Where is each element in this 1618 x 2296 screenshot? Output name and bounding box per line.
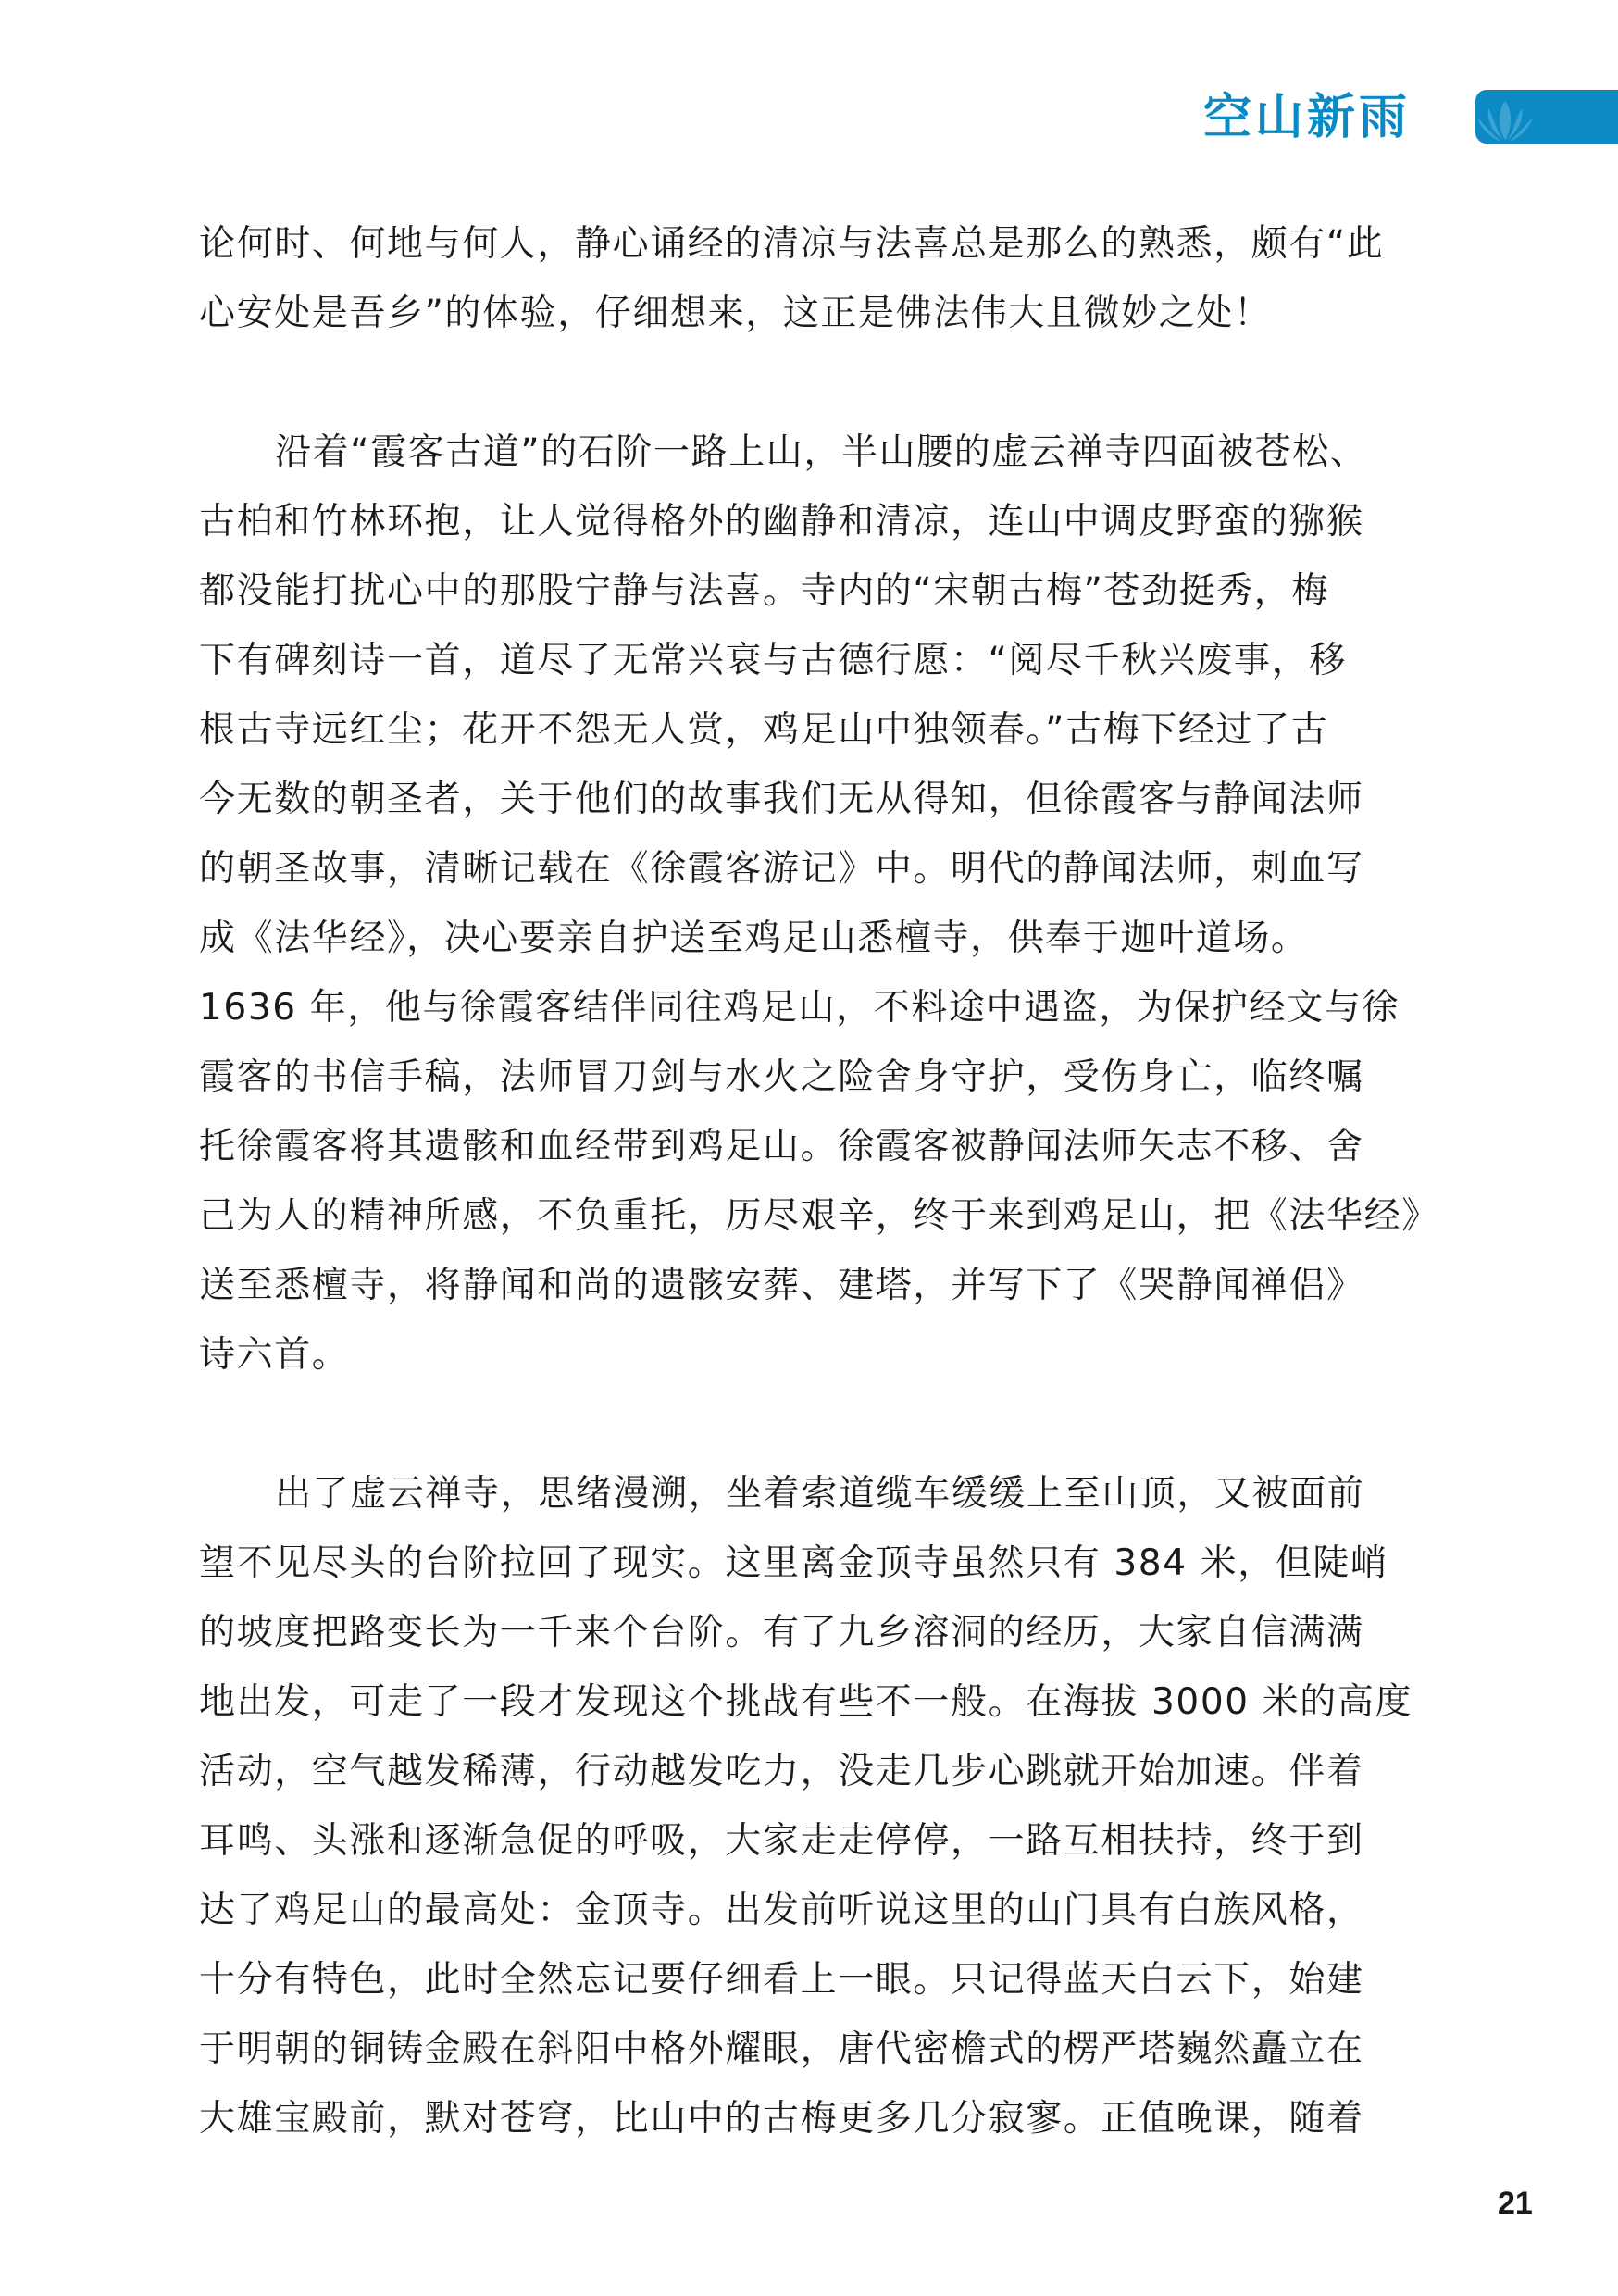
header-tab xyxy=(1475,90,1618,143)
paragraph-line: 于明朝的铜铸金殿在斜阳中格外耀眼，唐代密檐式的楞严塔巍然矗立在 xyxy=(199,2028,1364,2071)
paragraph-line: 地出发，可走了一段才发现这个挑战有些不一般。在海拔 3000 米的高度 xyxy=(199,1681,1413,1724)
paragraph-line: 出了虚云禅寺，思绪漫溯，坐着索道缆车缓缓上至山顶，又被面前 xyxy=(275,1473,1364,1516)
paragraph-line: 诗六首。 xyxy=(199,1334,349,1377)
paragraph-line: 的朝圣故事，清晰记载在《徐霞客游记》中。明代的静闻法师，刺血写 xyxy=(199,848,1364,891)
paragraph-line: 下有碑刻诗一首，道尽了无常兴衰与古德行愿：“阅尽千秋兴废事，移 xyxy=(199,640,1347,682)
paragraph-line: 成《法华经》，决心要亲自护送至鸡足山悉檀寺，供奉于迦叶道场。 xyxy=(199,917,1309,960)
paragraph-line: 都没能打扰心中的那股宁静与法喜。寺内的“宋朝古梅”苍劲挺秀，梅 xyxy=(199,570,1329,613)
paragraph-line: 十分有特色，此时全然忘记要仔细看上一眼。只记得蓝天白云下，始建 xyxy=(199,1959,1364,2002)
magazine-section-title: 空山新雨 xyxy=(1203,89,1411,146)
paragraph-line: 活动，空气越发稀薄，行动越发吃力，没走几步心跳就开始加速。伴着 xyxy=(199,1751,1364,1793)
paragraph-line: 送至悉檀寺，将静闻和尚的遗骸安葬、建塔，并写下了《哭静闻禅侣》 xyxy=(199,1265,1364,1307)
paragraph-line: 的坡度把路变长为一千来个台阶。有了九乡溶洞的经历，大家自信满满 xyxy=(199,1612,1364,1654)
paragraph-line: 大雄宝殿前，默对苍穹，比山中的古梅更多几分寂寥。正值晚课，随着 xyxy=(199,2098,1364,2140)
paragraph-line: 霞客的书信手稿，法师冒刀剑与水火之险舍身守护，受伤身亡，临终嘱 xyxy=(199,1056,1364,1099)
paragraph-line: 己为人的精神所感，不负重托，历尽艰辛，终于来到鸡足山，把《法华经》 xyxy=(199,1195,1439,1238)
paragraph-line: 沿着“霞客古道”的石阶一路上山，半山腰的虚云禅寺四面被苍松、 xyxy=(275,431,1367,474)
paragraph-line: 达了鸡足山的最高处：金顶寺。出发前听说这里的山门具有白族风格， xyxy=(199,1890,1364,1932)
paragraph-line: 托徐霞客将其遗骸和血经带到鸡足山。徐霞客被静闻法师矢志不移、舍 xyxy=(199,1126,1364,1168)
paragraph-line: 古柏和竹林环抱，让人觉得格外的幽静和清凉，连山中调皮野蛮的猕猴 xyxy=(199,501,1364,543)
paragraph-line: 今无数的朝圣者，关于他们的故事我们无从得知，但徐霞客与静闻法师 xyxy=(199,779,1364,821)
paragraph-line: 望不见尽头的台阶拉回了现实。这里离金顶寺虽然只有 384 米，但陡峭 xyxy=(199,1542,1388,1585)
paragraph-line: 耳鸣、头涨和逐渐急促的呼吸，大家走走停停，一路互相扶持，终于到 xyxy=(199,1820,1364,1863)
paragraph-line: 心安处是吾乡”的体验，仔细想来，这正是佛法伟大且微妙之处！ xyxy=(199,293,1272,335)
paragraph-line: 论何时、何地与何人，静心诵经的清凉与法喜总是那么的熟悉，颇有“此 xyxy=(199,223,1384,266)
paragraph-line: 根古寺远红尘；花开不怨无人赏，鸡足山中独领春。”古梅下经过了古 xyxy=(199,709,1328,752)
page-number: 21 xyxy=(1498,2185,1533,2222)
paragraph-line: 1636 年，他与徐霞客结伴同往鸡足山，不料途中遇盗，为保护经文与徐 xyxy=(199,987,1400,1029)
